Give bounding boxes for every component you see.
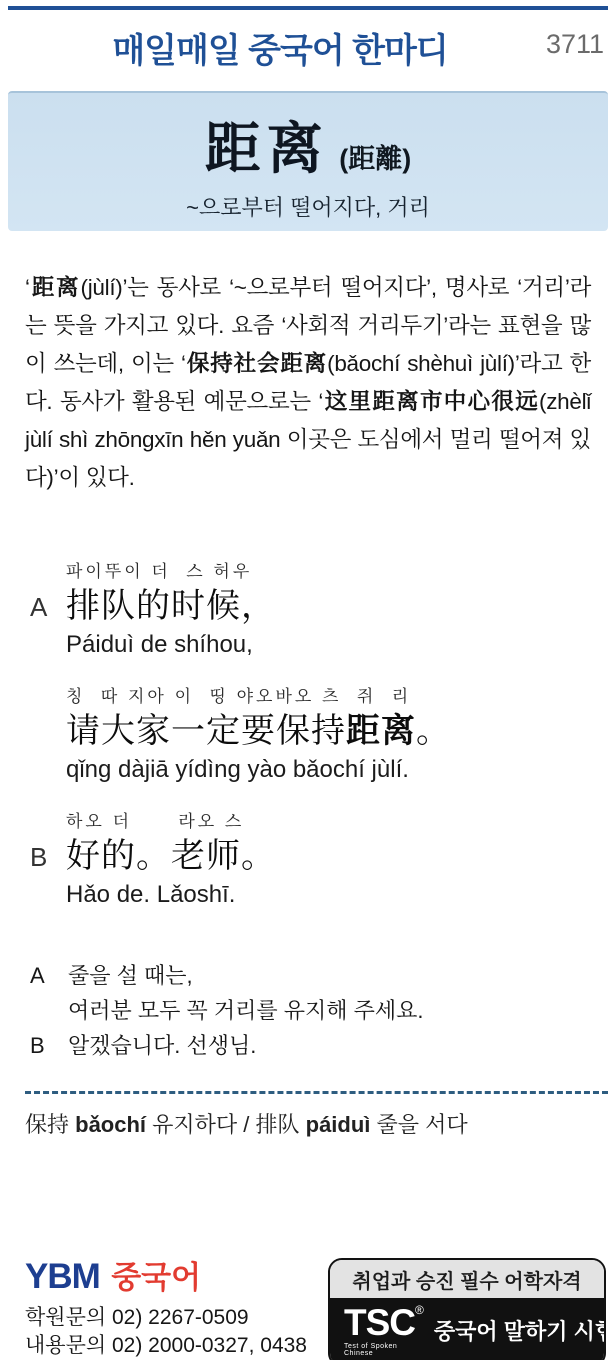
chinese-row: 请大家一定要保持距离。 bbox=[30, 710, 616, 752]
tsc-logo-subtext: Test of Spoken Chinese bbox=[344, 1343, 424, 1357]
headword-traditional: (距離) bbox=[339, 144, 411, 174]
tsc-logo: TSC® Test of Spoken Chinese bbox=[344, 1304, 424, 1357]
translation-text: 알겠습니다. 선생님. bbox=[68, 1028, 256, 1063]
footer: YBM 중국어 학원문의 02) 2267-0509 내용문의 02) 2000… bbox=[25, 1252, 606, 1360]
lesson-number: 3711 bbox=[546, 29, 604, 60]
korean-phonetic: 하오 더 라오 스 bbox=[66, 811, 616, 833]
top-divider bbox=[8, 6, 608, 10]
tsc-logo-text: TSC bbox=[344, 1302, 415, 1343]
speaker-label bbox=[30, 993, 68, 1028]
speaker-label-a: A bbox=[30, 585, 66, 623]
chinese-row: A 排队的时候， bbox=[30, 585, 616, 627]
contact-phones: 학원문의 02) 2267-0509 내용문의 02) 2000-0327, 0… bbox=[25, 1304, 307, 1360]
footer-left: YBM 중국어 학원문의 02) 2267-0509 내용문의 02) 2000… bbox=[25, 1252, 307, 1360]
speaker-label: A bbox=[30, 958, 68, 993]
ybm-logo: YBM 중국어 bbox=[25, 1252, 307, 1297]
dialogue-section: 파이뚜이 더 스 허우 A 排队的时候， Páiduì de shíhou, 칭… bbox=[30, 561, 616, 910]
dialogue-line-a2: 칭 따 지아 이 띵 야오바오 츠 쥐 리 请大家一定要保持距离。 qǐng d… bbox=[30, 686, 616, 785]
ybm-logo-text: YBM bbox=[25, 1257, 100, 1296]
explanation-paragraph: ‘距离(jùlí)’는 동사로 ‘~으로부터 떨어지다’, 명사로 ‘거리’라는… bbox=[25, 269, 591, 497]
vocabulary-line: 保持 bǎochí 유지하다 / 排队 páiduì 줄을 서다 bbox=[25, 1110, 616, 1140]
korean-phonetic: 파이뚜이 더 스 허우 bbox=[66, 561, 616, 583]
lesson-card: 매일매일 중국어 한마디 3711 距离 (距離) ~으로부터 떨어지다, 거리… bbox=[0, 0, 616, 1360]
translation-row: A 줄을 설 때는, bbox=[30, 958, 616, 993]
header: 매일매일 중국어 한마디 3711 bbox=[0, 23, 616, 71]
pinyin-line: qǐng dàjiā yídìng yào bǎochí jùlí. bbox=[66, 755, 616, 785]
ybm-logo-suffix: 중국어 bbox=[111, 1260, 201, 1295]
translation-row: 여러분 모두 꼭 거리를 유지해 주세요. bbox=[30, 993, 616, 1028]
pinyin-line: Hǎo de. Lǎoshī. bbox=[66, 880, 616, 910]
headword-simplified: 距离 bbox=[205, 119, 329, 181]
registered-mark-icon: ® bbox=[415, 1303, 424, 1317]
phone-line-content: 내용문의 02) 2000-0327, 0438 bbox=[25, 1332, 307, 1360]
translation-section: A 줄을 설 때는, 여러분 모두 꼭 거리를 유지해 주세요. B 알겠습니다… bbox=[30, 958, 616, 1063]
tsc-badge: 취업과 승진 필수 어학자격 TSC® Test of Spoken Chine… bbox=[328, 1258, 606, 1360]
translation-text: 여러분 모두 꼭 거리를 유지해 주세요. bbox=[68, 993, 423, 1028]
dialogue-line-b1: 하오 더 라오 스 B 好的。老师。 Hǎo de. Lǎoshī. bbox=[30, 811, 616, 910]
chinese-sentence: 好的。老师。 bbox=[66, 835, 276, 877]
speaker-label: B bbox=[30, 1028, 68, 1063]
korean-phonetic: 칭 따 지아 이 띵 야오바오 츠 쥐 리 bbox=[66, 686, 616, 708]
word-card: 距离 (距離) ~으로부터 떨어지다, 거리 bbox=[8, 91, 608, 231]
speaker-label-empty bbox=[30, 710, 66, 717]
translation-text: 줄을 설 때는, bbox=[68, 958, 193, 993]
pinyin-line: Páiduì de shíhou, bbox=[66, 630, 616, 660]
speaker-label-b: B bbox=[30, 835, 66, 873]
headword-meaning: ~으로부터 떨어지다, 거리 bbox=[8, 191, 608, 222]
chinese-row: B 好的。老师。 bbox=[30, 835, 616, 877]
chinese-sentence: 请大家一定要保持距离。 bbox=[66, 710, 451, 752]
dashed-divider bbox=[25, 1091, 608, 1094]
chinese-sentence: 排队的时候， bbox=[66, 585, 276, 627]
translation-row: B 알겠습니다. 선생님. bbox=[30, 1028, 616, 1063]
tsc-exam-label: 중국어 말하기 시험 bbox=[434, 1315, 606, 1346]
tsc-tagline: 취업과 승진 필수 어학자격 bbox=[330, 1260, 604, 1298]
dialogue-line-a1: 파이뚜이 더 스 허우 A 排队的时候， Páiduì de shíhou, bbox=[30, 561, 616, 660]
phone-line-academy: 학원문의 02) 2267-0509 bbox=[25, 1304, 307, 1332]
tsc-logo-band: TSC® Test of Spoken Chinese 중국어 말하기 시험 bbox=[330, 1298, 604, 1360]
page-title: 매일매일 중국어 한마디 bbox=[0, 23, 616, 72]
word-line: 距离 (距離) bbox=[8, 93, 608, 185]
